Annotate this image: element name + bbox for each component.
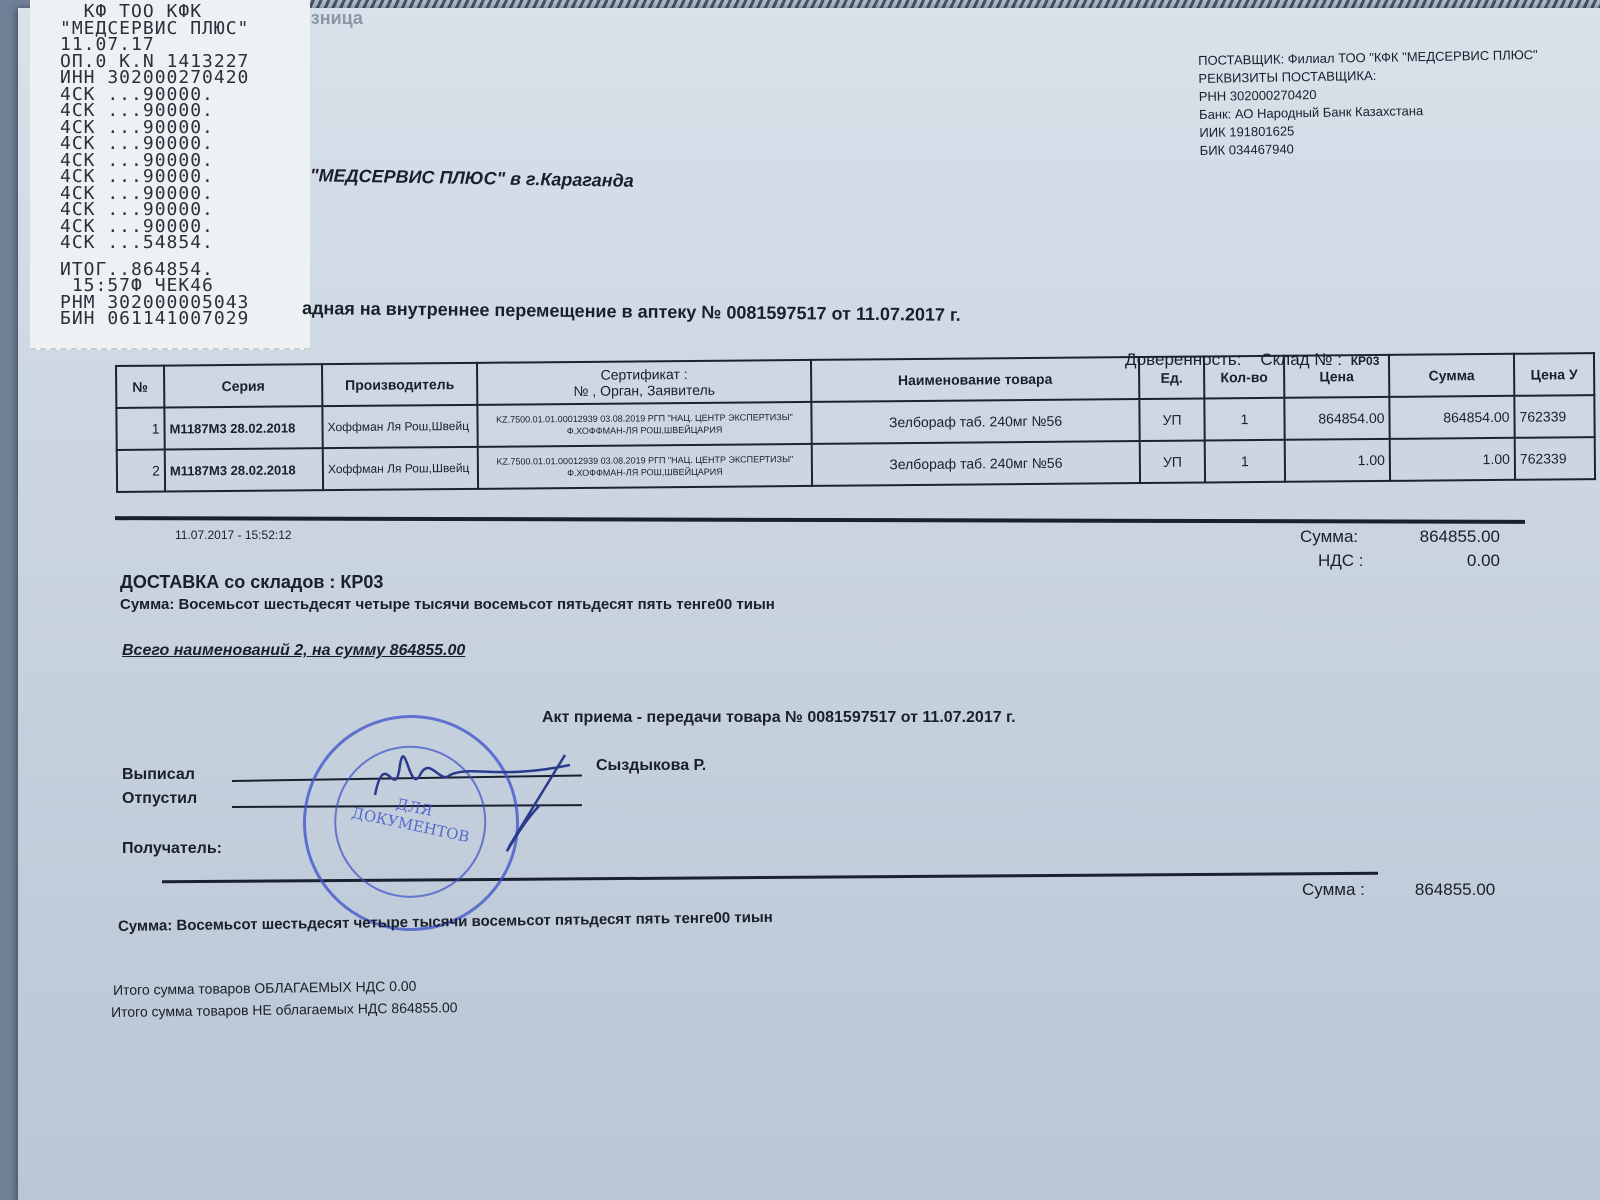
cell-unit: УП <box>1139 398 1204 441</box>
sum-in-words: Сумма: Восемьсот шестьдесят четыре тысяч… <box>120 596 775 613</box>
cell-series: M1187M3 28.02.2018 <box>164 406 322 449</box>
col-name: Наименование товара <box>811 357 1139 402</box>
cell-manufacturer: Хоффман Ля Рош,Швейц <box>322 405 477 448</box>
items-table: № Серия Производитель Сертификат : № , О… <box>115 352 1596 493</box>
sum-value: 864855.00 <box>1420 525 1500 549</box>
cell-certificate: KZ.7500.01.01.00012939 03.08.2019 РГП "Н… <box>478 444 812 489</box>
cell-unit: УП <box>1140 440 1205 483</box>
cell-name: Зелбораф таб. 240мг №56 <box>812 441 1140 486</box>
col-series: Серия <box>164 364 322 407</box>
final-sum-value: 864855.00 <box>1415 880 1495 900</box>
cell-no: 1 <box>116 408 164 450</box>
cell-certificate: KZ.7500.01.01.00012939 03.08.2019 РГП "Н… <box>477 402 811 447</box>
delivery-warehouses: ДОСТАВКА со складов : КР03 <box>120 572 383 593</box>
cell-name: Зелбораф таб. 240мг №56 <box>811 399 1139 444</box>
grand-total: Всего наименований 2, на сумму 864855.00 <box>122 642 465 660</box>
cell-qty: 1 <box>1204 398 1284 441</box>
col-certificate-line2: № , Орган, Заявитель <box>482 381 806 400</box>
cell-sum: 1.00 <box>1390 438 1515 481</box>
vat-label: НДС : <box>1300 549 1364 573</box>
cell-price: 1.00 <box>1285 439 1390 482</box>
final-sum: Сумма : 864855.00 <box>1302 880 1495 900</box>
act-title: Акт приема - передачи товара № 008159751… <box>542 709 1016 727</box>
col-no: № <box>116 366 164 408</box>
recipient-label: Получатель: <box>122 840 222 858</box>
cell-manufacturer: Хоффман Ля Рош,Швейц <box>323 447 478 490</box>
col-certificate: Сертификат : № , Орган, Заявитель <box>477 360 811 405</box>
final-sum-label: Сумма : <box>1302 880 1365 900</box>
col-qty: Кол-во <box>1204 356 1284 399</box>
sum-label: Сумма: <box>1300 525 1358 549</box>
signer-name: Сыздыкова Р. <box>596 757 706 775</box>
cell-unit-price: 762339 <box>1514 395 1594 438</box>
timestamp: 11.07.2017 - 15:52:12 <box>175 528 292 542</box>
receipt-line: 4СК ...54854. <box>60 235 310 252</box>
signature-scribble <box>370 735 570 875</box>
col-manufacturer: Производитель <box>322 363 477 406</box>
cell-qty: 1 <box>1205 440 1285 483</box>
col-price: Цена <box>1284 355 1389 398</box>
cell-price: 864854.00 <box>1284 397 1389 440</box>
col-sum: Сумма <box>1389 354 1514 397</box>
cash-receipt: КФ ТОО КФК "МЕДСЕРВИС ПЛЮС" 11.07.17 ОП.… <box>30 0 310 350</box>
col-unit: Ед. <box>1139 356 1204 399</box>
supplier-details: ПОСТАВЩИК: Филиал ТОО "КФК "МЕДСЕРВИС ПЛ… <box>1198 46 1539 160</box>
cell-no: 2 <box>117 450 165 492</box>
vat-value: 0.00 <box>1467 549 1500 573</box>
cell-unit-price: 762339 <box>1515 437 1595 480</box>
released-label: Отпустил <box>122 790 197 808</box>
cell-series: M1187M3 28.02.2018 <box>165 448 323 491</box>
totals-block: Сумма:864855.00 НДС :0.00 <box>1300 525 1500 573</box>
issued-label: Выписал <box>122 766 195 784</box>
col-unit-price: Цена У <box>1514 353 1594 396</box>
receipt-bin: БИН 061141007029 <box>60 311 310 328</box>
cell-sum: 864854.00 <box>1389 396 1514 439</box>
